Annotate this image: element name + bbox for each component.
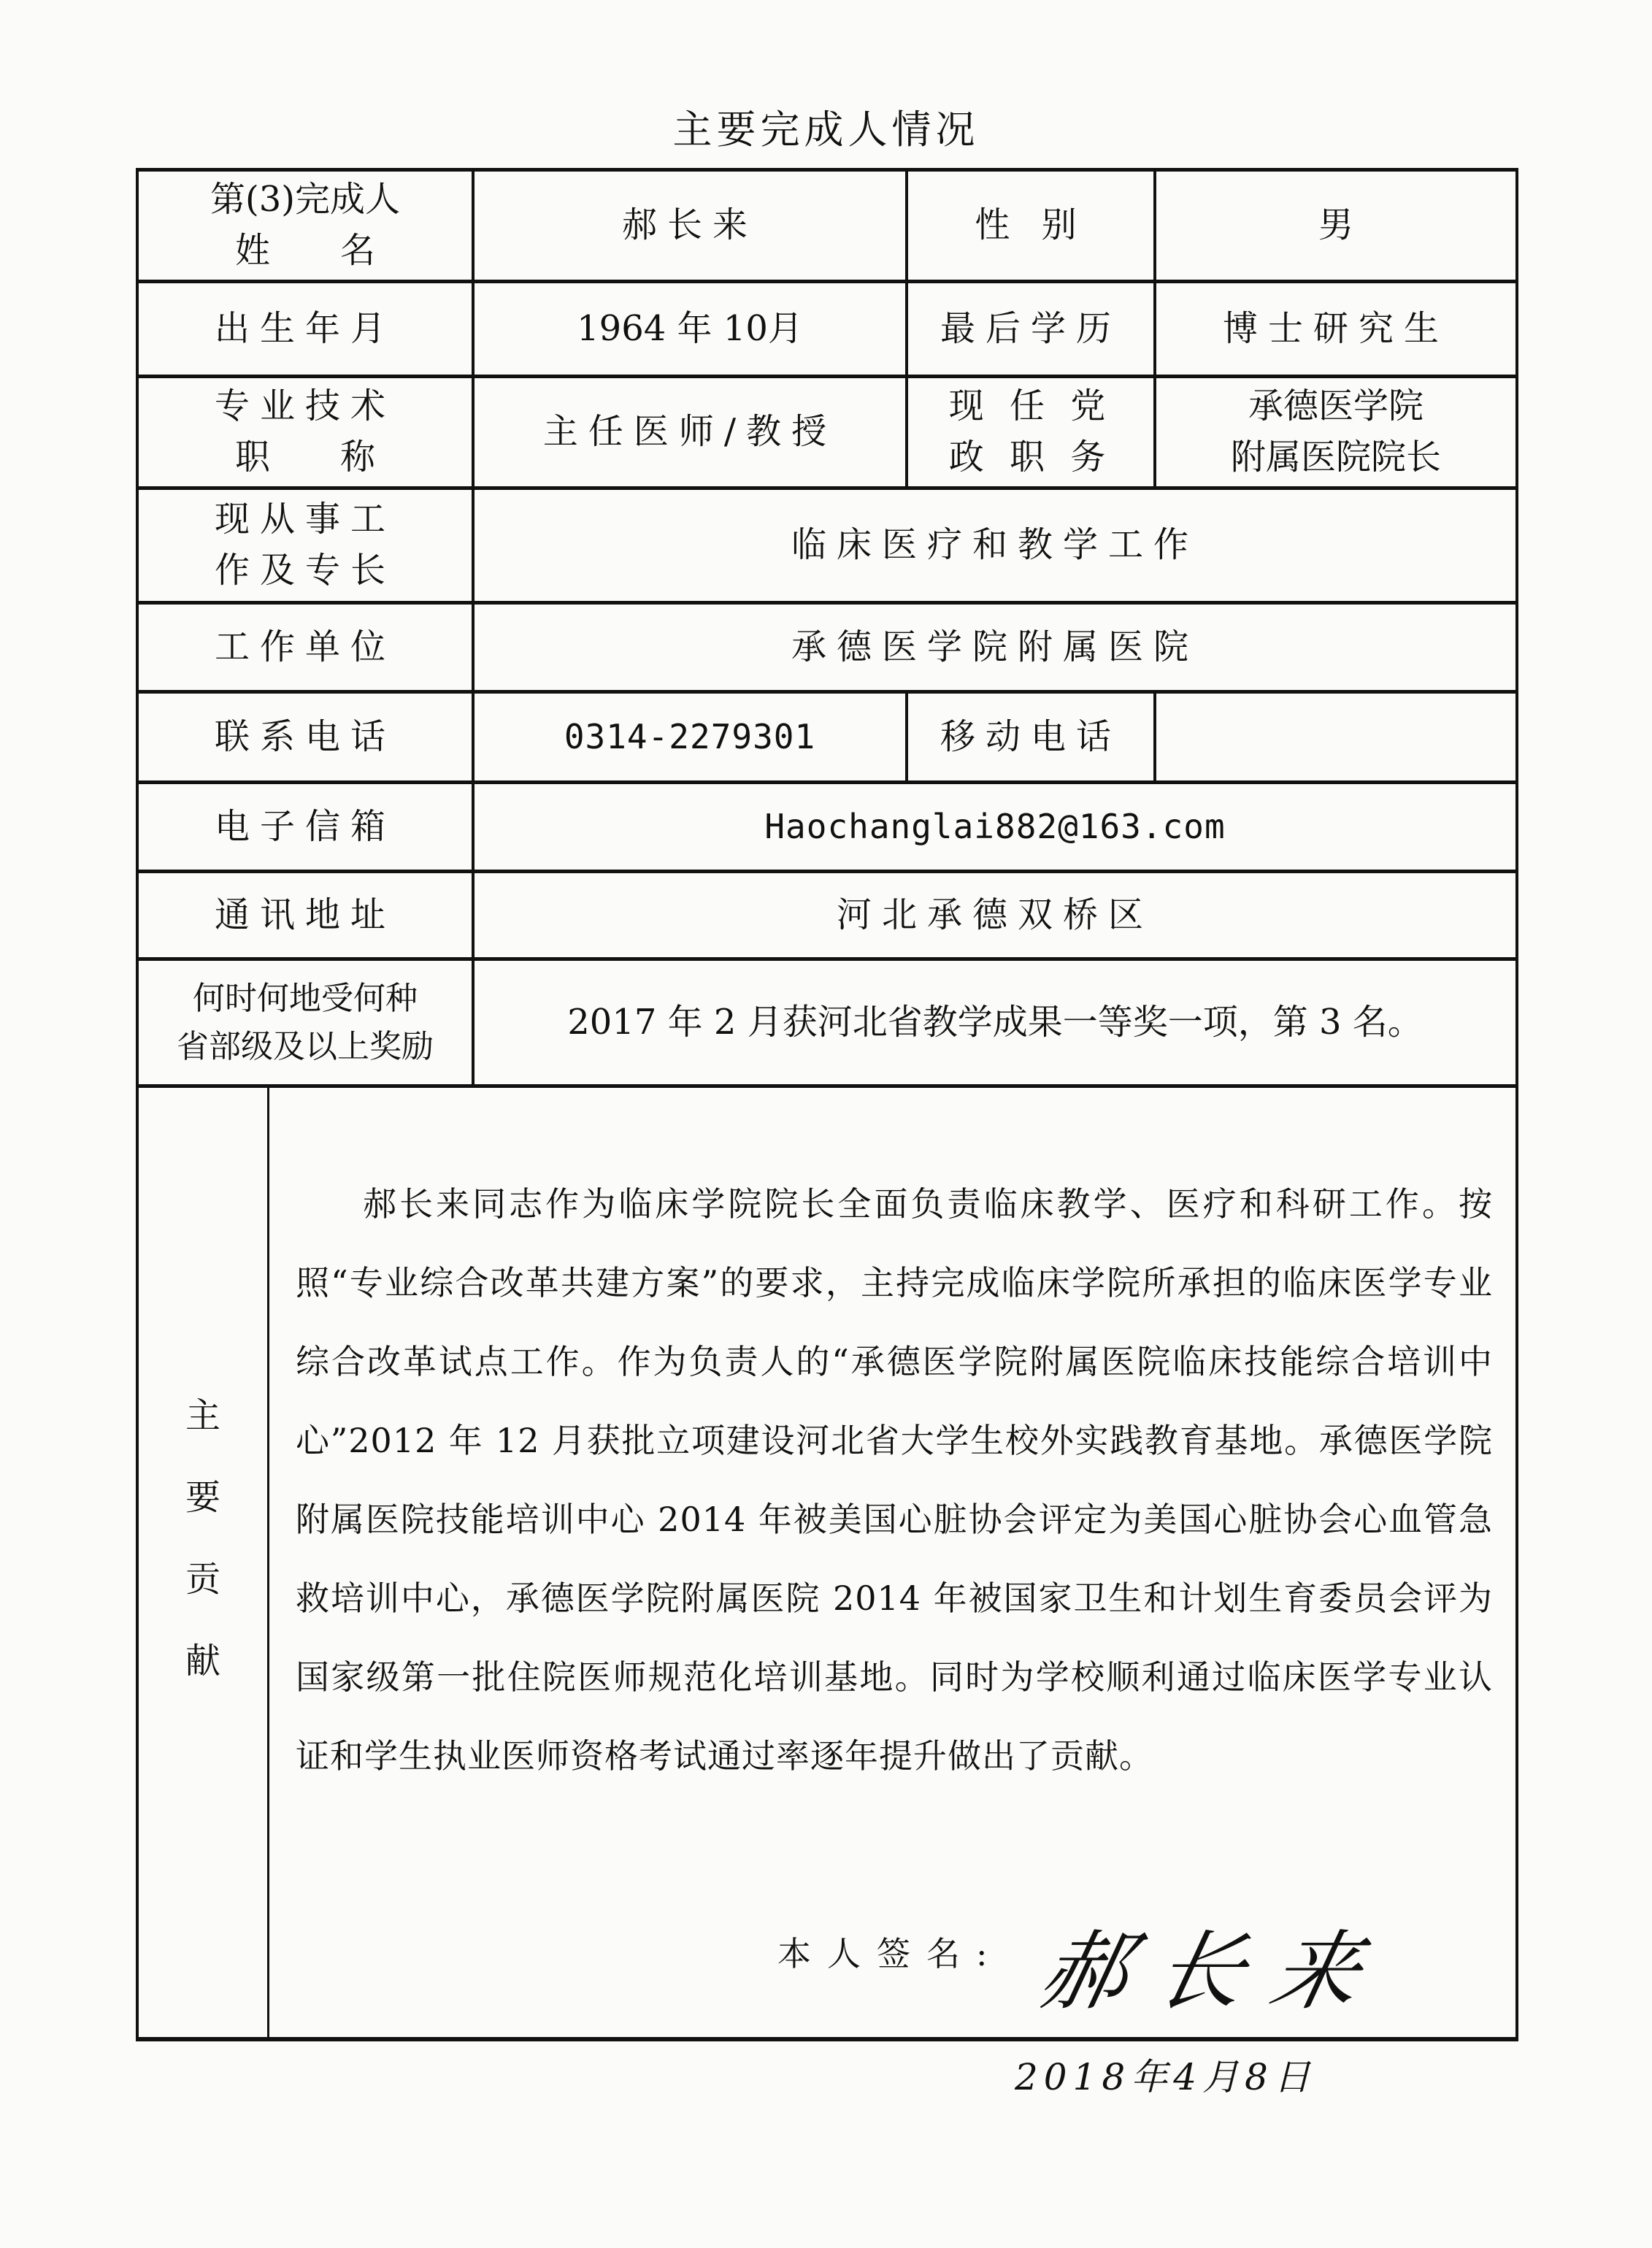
gender-label: 性 别: [908, 172, 1153, 280]
contribution-label-char: 要: [185, 1469, 220, 1551]
phone-label: 联系电话: [139, 694, 472, 780]
gender-value: 男: [1156, 172, 1515, 280]
title-label-line1: 专业技术: [215, 381, 396, 432]
address-label: 通讯地址: [139, 873, 472, 957]
email-value: Haochanglai882@163.com: [475, 784, 1515, 870]
position-label-line1: 现 任 党: [949, 381, 1113, 432]
address-value: 河北承德双桥区: [475, 873, 1515, 957]
contribution-label-char: 贡: [185, 1551, 220, 1633]
table-border-bottom: [137, 2037, 1518, 2041]
workplace-value: 承德医学院附属医院: [475, 605, 1515, 690]
specialty-value: 临床医疗和教学工作: [475, 490, 1515, 601]
contribution-text: 郝长来同志作为临床学院院长全面负责临床教学、医疗和科研工作。按照“专业综合改革共…: [296, 1165, 1493, 1795]
signature-handwritten: 郝长来: [1031, 1902, 1403, 2026]
title-label-line2: 职 称: [235, 432, 375, 483]
birth-label: 出生年月: [139, 283, 472, 375]
contribution-label-char: 献: [185, 1633, 220, 1714]
signature-date: 2018年4月8日: [1015, 2048, 1316, 2101]
page-title: 主要完成人情况: [0, 99, 1652, 155]
position-value-line1: 承德医学院: [1248, 381, 1424, 432]
title-value: 主任医师/教授: [475, 378, 905, 486]
awards-value: 2017 年 2 月获河北省教学成果一等奖一项，第 3 名。: [475, 961, 1515, 1084]
contribution-label: 主 要 贡 献: [137, 1387, 269, 1714]
awards-label-line1: 何时何地受何种: [193, 975, 418, 1023]
phone-value: 0314-2279301: [475, 694, 905, 780]
name-label-line1: 第(3)完成人: [210, 174, 400, 226]
table-border-right: [1515, 168, 1518, 2041]
position-value-line2: 附属医院院长: [1231, 432, 1441, 483]
awards-label-line2: 省部级及以上奖励: [177, 1023, 434, 1071]
signature-label: 本人签名:: [777, 1927, 1004, 1976]
name-value: 郝长来: [475, 172, 905, 280]
awards-label: 何时何地受何种 省部级及以上奖励: [139, 961, 472, 1084]
workplace-label: 工作单位: [139, 605, 472, 690]
row-divider: [137, 1084, 1518, 1088]
specialty-label-line1: 现从事工: [215, 494, 396, 545]
contribution-label-char: 主: [185, 1387, 220, 1469]
education-label: 最后学历: [908, 283, 1153, 375]
position-label-line2: 政 职 务: [949, 432, 1113, 483]
specialty-label-line2: 作及专长: [215, 545, 396, 596]
title-label: 专业技术 职 称: [139, 378, 472, 486]
position-value: 承德医学院 附属医院院长: [1156, 378, 1515, 486]
birth-value: 1964 年 10月: [475, 283, 905, 375]
mobile-label: 移动电话: [908, 694, 1153, 780]
specialty-label: 现从事工 作及专长: [139, 490, 472, 601]
name-label-line2: 姓 名: [235, 226, 375, 277]
education-value: 博士研究生: [1156, 283, 1515, 375]
email-label: 电子信箱: [139, 784, 472, 870]
mobile-value: [1156, 694, 1515, 780]
position-label: 现 任 党 政 职 务: [908, 378, 1153, 486]
name-label: 第(3)完成人 姓 名: [139, 172, 472, 280]
